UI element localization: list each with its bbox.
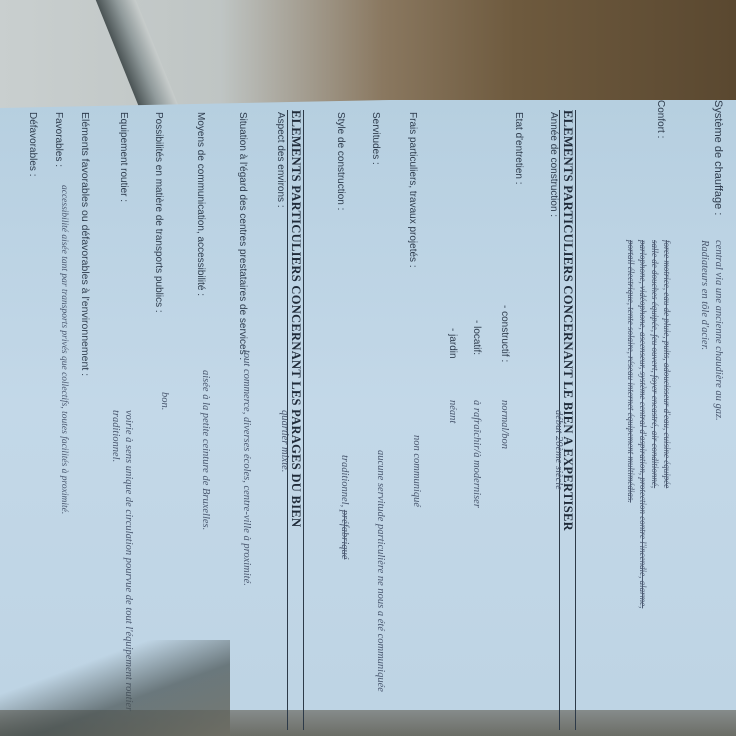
defavorables-label: Défavorables : [27, 112, 38, 176]
elements-label: Eléments favorables ou défavorables à l'… [79, 112, 91, 376]
background-door-frame [96, 0, 184, 120]
shadow-overlay [0, 640, 230, 736]
document-page-continued: Eléments favorables ou défavorables à l'… [0, 110, 736, 730]
favorables-value: accessibilité aisée tant par transports … [59, 185, 69, 514]
favorables-label: Favorables : [53, 112, 64, 167]
